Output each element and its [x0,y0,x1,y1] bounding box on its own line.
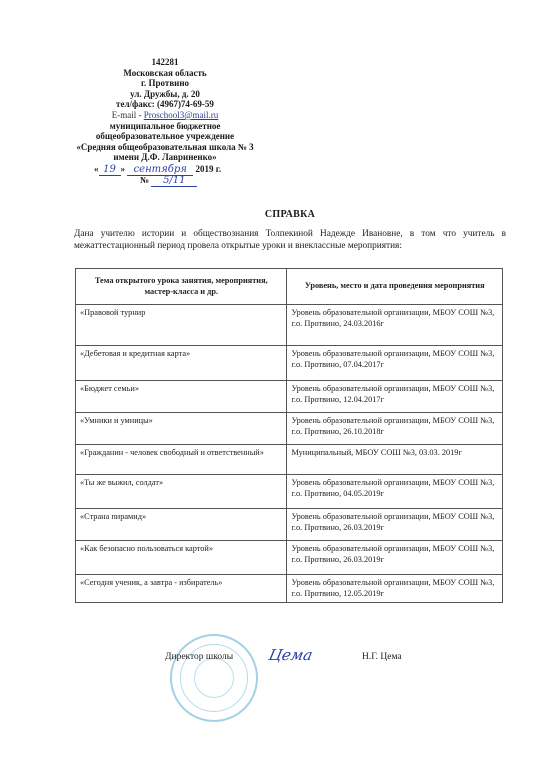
cell-topic: «Ты же выжил, солдат» [76,475,287,509]
date-year: 2019 г. [196,164,222,174]
city: г. Протвино [60,78,270,89]
header-level-place-date: Уровень, место и дата проведения меропри… [287,269,503,305]
cell-level-place-date: Уровень образовательной организации, МБО… [287,475,503,509]
number-label: № [140,175,149,185]
cell-topic: «Сегодня ученик, а завтра - избиратель» [76,575,287,603]
cell-level-place-date: Уровень образовательной организации, МБО… [287,381,503,413]
email-link[interactable]: Proschool3@mail.ru [144,110,219,120]
table-row: «Сегодня ученик, а завтра - избиратель»У… [76,575,503,603]
cell-level-place-date: Уровень образовательной организации, МБО… [287,575,503,603]
table-row: «Правовой турнирУровень образовательной … [76,305,503,346]
cell-topic: «Гражданин - человек свободный и ответст… [76,445,287,475]
email-line: E-mail - Proschool3@mail.ru [60,110,270,121]
header-topic: Тема открытого урока занятия, мероприяти… [76,269,287,305]
cell-topic: «Бюджет семьи» [76,381,287,413]
cell-level-place-date: Уровень образовательной организации, МБО… [287,541,503,575]
handwritten-signature: Цема [267,646,314,664]
table-header-row: Тема открытого урока занятия, мероприяти… [76,269,503,305]
document-title: СПРАВКА [0,209,543,220]
phone: тел/факс: (4967)74-69-59 [60,99,270,110]
org-line-4: имени Д.Ф. Лавриненко» [60,152,270,163]
signature-block: Директор школы Цема Н.Г. Цема [165,646,465,686]
cell-level-place-date: Уровень образовательной организации, МБО… [287,413,503,445]
org-line-2: общеобразовательное учреждение [60,131,270,142]
region: Московская область [60,68,270,79]
letterhead: 142281 Московская область г. Протвино ул… [60,57,270,163]
date-close-quote: » [121,164,126,174]
date-day: 19 [99,164,121,176]
cell-level-place-date: Уровень образовательной организации, МБО… [287,305,503,346]
events-table: Тема открытого урока занятия, мероприяти… [75,268,503,603]
email-label: E-mail - [112,110,144,120]
table-row: «Ты же выжил, солдат»Уровень образовател… [76,475,503,509]
cell-topic: «Дебетовая и кредитная карта» [76,346,287,381]
cell-topic: «Страна пирамид» [76,509,287,541]
org-line-3: «Средняя общеобразовательная школа № 3 [60,142,270,153]
org-line-1: муниципальное бюджетное [60,121,270,132]
document-number: № 5/11 [140,175,197,187]
cell-level-place-date: Уровень образовательной организации, МБО… [287,346,503,381]
intro-paragraph: Дана учителю истории и обществознания То… [74,228,506,252]
cell-level-place-date: Муниципальный, МБОУ СОШ №3, 03.03. 2019г [287,445,503,475]
postal-code: 142281 [60,57,270,68]
table-row: «Умники и умницы»Уровень образовательной… [76,413,503,445]
cell-topic: «Как безопасно пользоваться картой» [76,541,287,575]
signatory-role: Директор школы [165,652,233,662]
table-row: «Дебетовая и кредитная карта»Уровень обр… [76,346,503,381]
cell-topic: «Правовой турнир [76,305,287,346]
cell-topic: «Умники и умницы» [76,413,287,445]
table-row: «Как безопасно пользоваться картой»Урове… [76,541,503,575]
table-row: «Бюджет семьи»Уровень образовательной ор… [76,381,503,413]
table-row: «Страна пирамид»Уровень образовательной … [76,509,503,541]
number-value: 5/11 [151,175,197,187]
table-row: «Гражданин - человек свободный и ответст… [76,445,503,475]
street-address: ул. Дружбы, д. 20 [60,89,270,100]
cell-level-place-date: Уровень образовательной организации, МБО… [287,509,503,541]
signatory-name: Н.Г. Цема [362,652,402,662]
events-table-body: «Правовой турнирУровень образовательной … [76,305,503,603]
